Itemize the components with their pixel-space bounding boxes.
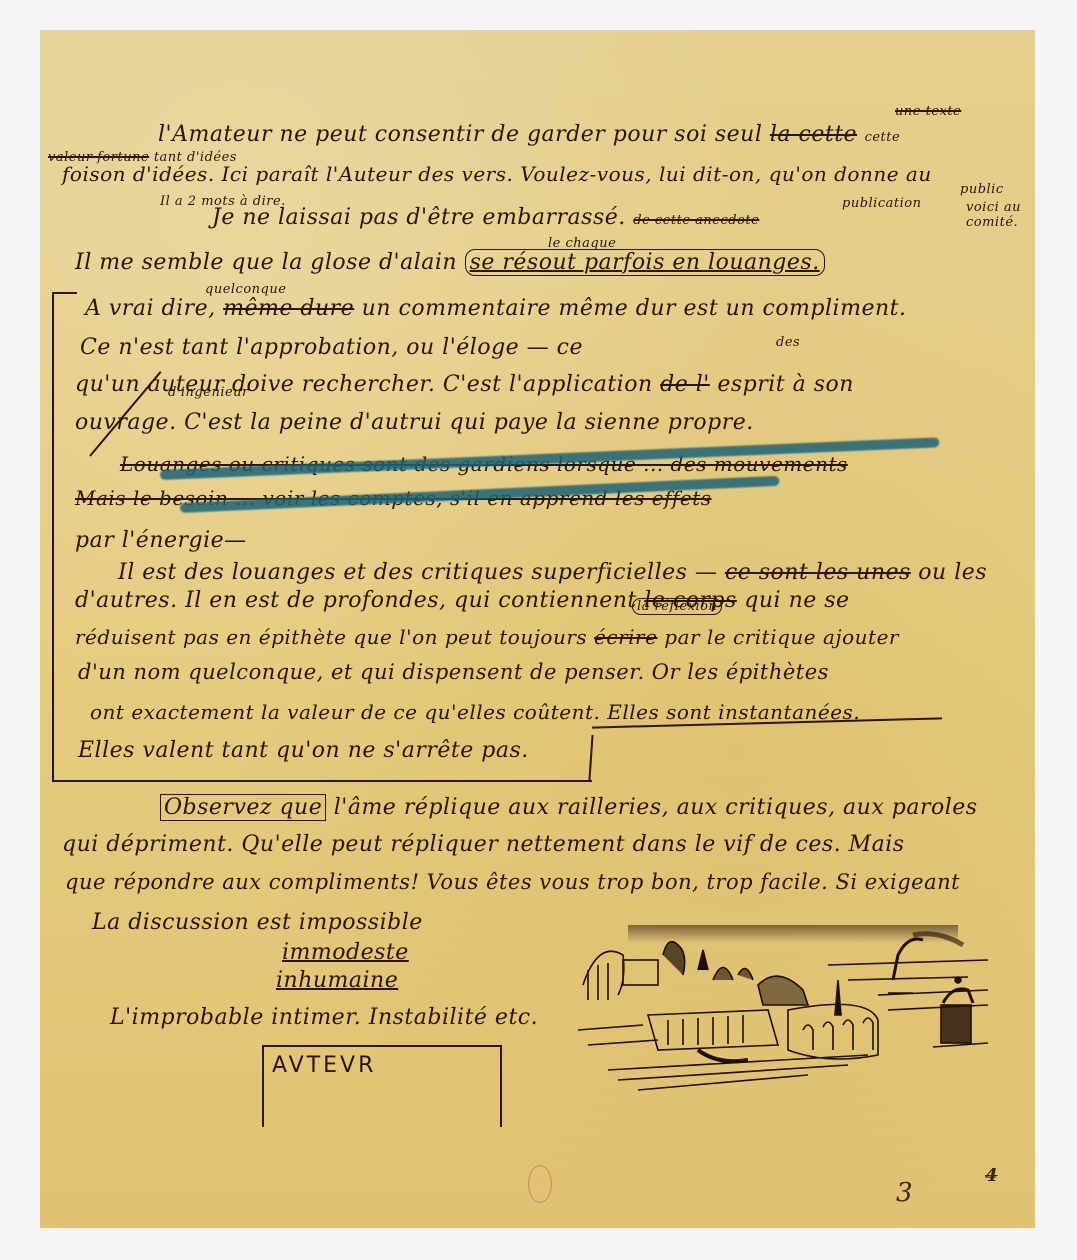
city-sketch-illustration — [548, 925, 993, 1100]
line-4: Je ne laissai pas d'être embarrassé. de … — [212, 205, 759, 230]
line-1: l'Amateur ne peut consentir de garder po… — [158, 122, 900, 147]
line-23: L'improbable intimer. Instabilité etc. — [110, 1005, 538, 1030]
struck-text: la cette — [770, 122, 857, 147]
line-6: A vrai dire, même dure un commentaire mê… — [85, 296, 906, 321]
line-17: ont exactement la valeur de ce qu'elles … — [90, 700, 860, 724]
line-9: ouvrage. C'est la peine d'autrui qui pay… — [75, 410, 754, 435]
library-stamp — [528, 1165, 552, 1203]
alternative-word-2: inhumaine — [276, 968, 398, 993]
line-21: que répondre aux compliments! Vous êtes … — [65, 870, 960, 894]
boxed-insert: la réflexion — [632, 598, 722, 615]
line-7: Ce n'est tant l'approbation, ou l'éloge … — [80, 335, 583, 360]
page-number: 3 — [896, 1178, 913, 1208]
line-22: La discussion est impossible — [92, 910, 423, 935]
insert-above-struck: une texte — [895, 104, 961, 119]
line-14: d'autres. Il en est de profondes, qui co… — [75, 588, 850, 613]
line-15: réduisent pas en épithète que l'on peut … — [75, 625, 899, 649]
corner-mark: 4 — [985, 1165, 998, 1186]
boxed-phrase: se résout parfois en louanges. — [465, 249, 825, 276]
line-19: Observez que l'âme réplique aux railleri… — [160, 795, 978, 820]
alternative-word-1: immodeste — [282, 940, 409, 965]
line-12: par l'énergie— — [75, 528, 247, 553]
line-2: foison d'idées. Ici paraît l'Auteur des … — [62, 162, 932, 186]
line-13: Il est des louanges et des critiques sup… — [118, 560, 987, 585]
auteur-label: AVTEVR — [272, 1053, 376, 1078]
line-20: qui dépriment. Qu'elle peut répliquer ne… — [62, 832, 905, 857]
line-5: Il me semble que la glose d'alain se rés… — [75, 250, 825, 275]
line-16: d'un nom quelconque, et qui dispensent d… — [78, 660, 829, 684]
auteur-box: AVTEVR — [262, 1045, 502, 1127]
boxed-observe: Observez que — [160, 794, 326, 821]
line-18: Elles valent tant qu'on ne s'arrête pas. — [78, 738, 529, 763]
